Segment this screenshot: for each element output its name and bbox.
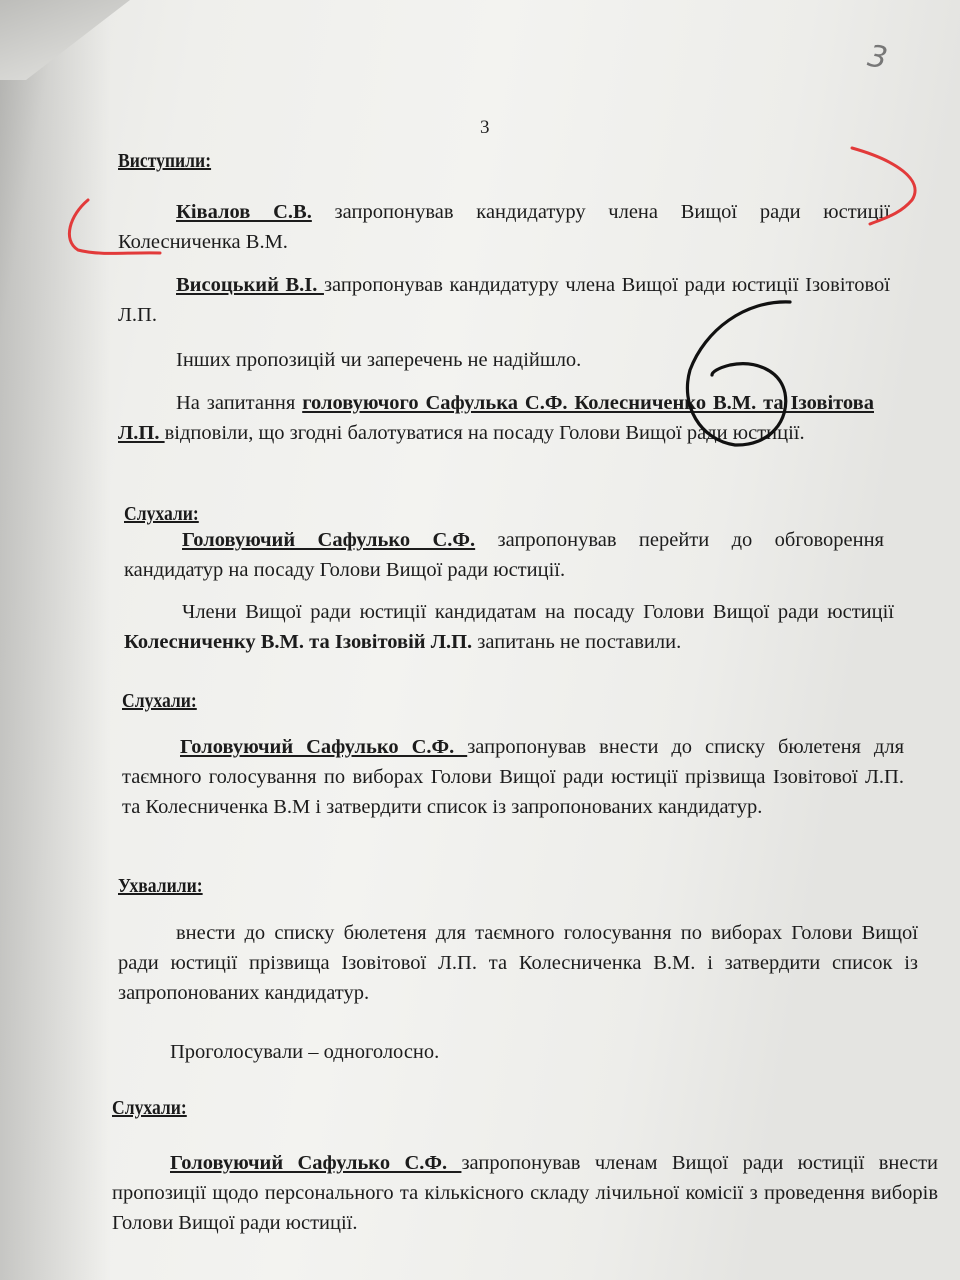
paragraph-text: запитань не поставили.: [472, 631, 681, 653]
paragraph-kivalov: Ківалов С.В. запропонував кандидатуру чл…: [118, 197, 890, 257]
paragraph-no-questions: Члени Вищої ради юстиції кандидатам на п…: [124, 597, 894, 657]
section-heading-ukhvalyly: Ухвалили:: [118, 875, 203, 898]
paragraph-discussion: Головуючий Сафулько С.Ф. запропонував пе…: [124, 525, 884, 585]
paragraph-resolution: внести до списку бюлетеня для таємного г…: [118, 918, 918, 1008]
paragraph-text: Члени Вищої ради юстиції кандидатам на п…: [182, 601, 894, 623]
section-heading-vystupyly: Виступили:: [118, 150, 211, 173]
speaker-name: Ківалов С.В.: [176, 201, 312, 223]
paragraph-text: внести до списку бюлетеня для таємного г…: [118, 922, 918, 1004]
paragraph-text: відповіли, що згодні балотуватися на пос…: [165, 422, 805, 444]
paragraph-text: На запитання: [176, 392, 302, 414]
speaker-name: Головуючий Сафулько С.Ф.: [180, 736, 467, 758]
candidate-names: Колесниченку В.М. та Ізовітовій Л.П.: [124, 631, 472, 653]
speaker-name: Головуючий Сафулько С.Ф.: [182, 529, 475, 551]
paragraph-text: Проголосували – одноголосно.: [170, 1041, 439, 1063]
paragraph-vysotskyi: Висоцький В.І. запропонував кандидатуру …: [118, 270, 890, 330]
paragraph-no-objections: Інших пропозицій чи заперечень не надійш…: [118, 345, 890, 375]
paragraph-text: Інших пропозицій чи заперечень не надійш…: [176, 349, 581, 371]
paragraph-candidates-agree: На запитання головуючого Сафулька С.Ф. К…: [118, 388, 874, 448]
page-number: 3: [480, 117, 490, 139]
section-heading-sluhaly: Слухали:: [112, 1097, 187, 1120]
section-heading-sluhaly: Слухали:: [124, 503, 199, 526]
section-heading-sluhaly: Слухали:: [122, 690, 197, 713]
paragraph-ballot-proposal: Головуючий Сафулько С.Ф. запропонував вн…: [122, 732, 904, 822]
speaker-name: Висоцький В.І.: [176, 274, 324, 296]
paper-fold-shadow: [0, 0, 110, 1280]
speaker-name: Головуючий Сафулько С.Ф.: [170, 1152, 461, 1174]
paragraph-counting-commission: Головуючий Сафулько С.Ф. запропонував чл…: [112, 1148, 938, 1238]
paragraph-vote-result: Проголосували – одноголосно.: [112, 1037, 912, 1067]
